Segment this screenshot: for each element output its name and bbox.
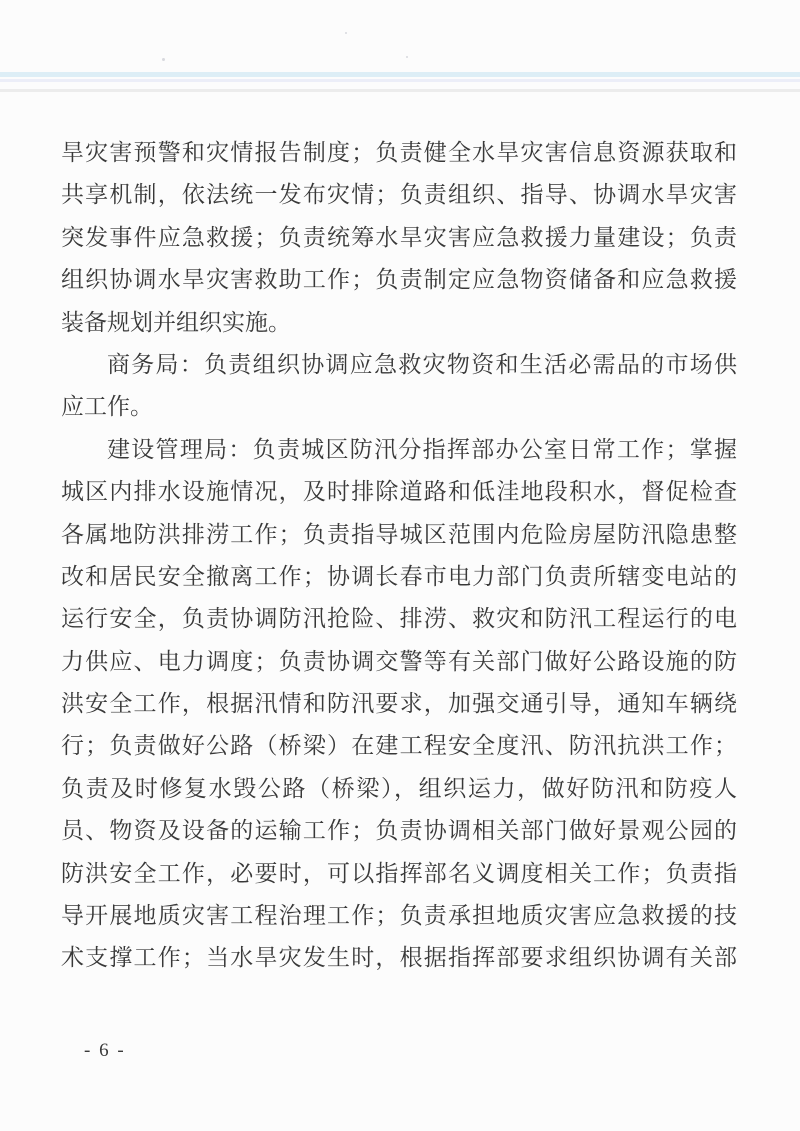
scan-artifact-line-cyan: [0, 72, 800, 77]
document-body-text: 旱灾害预警和灾情报告制度；负责健全水旱灾害信息资源获取和 共享机制，依法统一发布…: [61, 132, 737, 980]
text-line: 建设管理局：负责城区防汛分指挥部办公室日常工作；掌握: [61, 429, 737, 471]
text-line: 旱灾害预警和灾情报告制度；负责健全水旱灾害信息资源获取和: [61, 132, 737, 174]
text-line: 各属地防洪排涝工作；负责指导城区范围内危险房屋防汛隐患整: [61, 514, 737, 556]
page-number: - 6 -: [84, 1040, 126, 1062]
text-line: 改和居民安全撤离工作；协调长春市电力部门负责所辖变电站的: [61, 556, 737, 598]
text-line: 力供应、电力调度；负责协调交警等有关部门做好公路设施的防: [61, 641, 737, 683]
document-page: 旱灾害预警和灾情报告制度；负责健全水旱灾害信息资源获取和 共享机制，依法统一发布…: [0, 0, 800, 1131]
text-line: 装备规划并组织实施。: [61, 302, 737, 344]
text-line: 行；负责做好公路（桥梁）在建工程安全度汛、防汛抗洪工作；: [61, 725, 737, 767]
text-line: 导开展地质灾害工程治理工作；负责承担地质灾害应急救援的技: [61, 895, 737, 937]
text-line: 运行安全，负责协调防汛抢险、排涝、救灾和防汛工程运行的电: [61, 598, 737, 640]
scan-speck: [345, 32, 347, 34]
text-line: 洪安全工作，根据汛情和防汛要求，加强交通引导，通知车辆绕: [61, 683, 737, 725]
text-line: 城区内排水设施情况，及时排除道路和低洼地段积水，督促检查: [61, 471, 737, 513]
scan-artifact-line-lavender: [0, 79, 800, 82]
scan-speck: [406, 56, 408, 58]
text-line: 负责及时修复水毁公路（桥梁），组织运力，做好防汛和防疫人: [61, 768, 737, 810]
text-line: 防洪安全工作，必要时，可以指挥部名义调度相关工作；负责指: [61, 853, 737, 895]
scan-speck: [162, 58, 165, 61]
text-line: 术支撑工作；当水旱灾发生时，根据指挥部要求组织协调有关部: [61, 937, 737, 979]
text-line: 突发事件应急救援；负责统筹水旱灾害应急救援力量建设；负责: [61, 217, 737, 259]
text-line: 共享机制，依法统一发布灾情；负责组织、指导、协调水旱灾害: [61, 174, 737, 216]
text-line: 员、物资及设备的运输工作；负责协调相关部门做好景观公园的: [61, 810, 737, 852]
scan-artifact-line-gray: [0, 89, 800, 92]
text-line: 应工作。: [61, 386, 737, 428]
text-line: 商务局：负责组织协调应急救灾物资和生活必需品的市场供: [61, 344, 737, 386]
text-line: 组织协调水旱灾害救助工作；负责制定应急物资储备和应急救援: [61, 259, 737, 301]
